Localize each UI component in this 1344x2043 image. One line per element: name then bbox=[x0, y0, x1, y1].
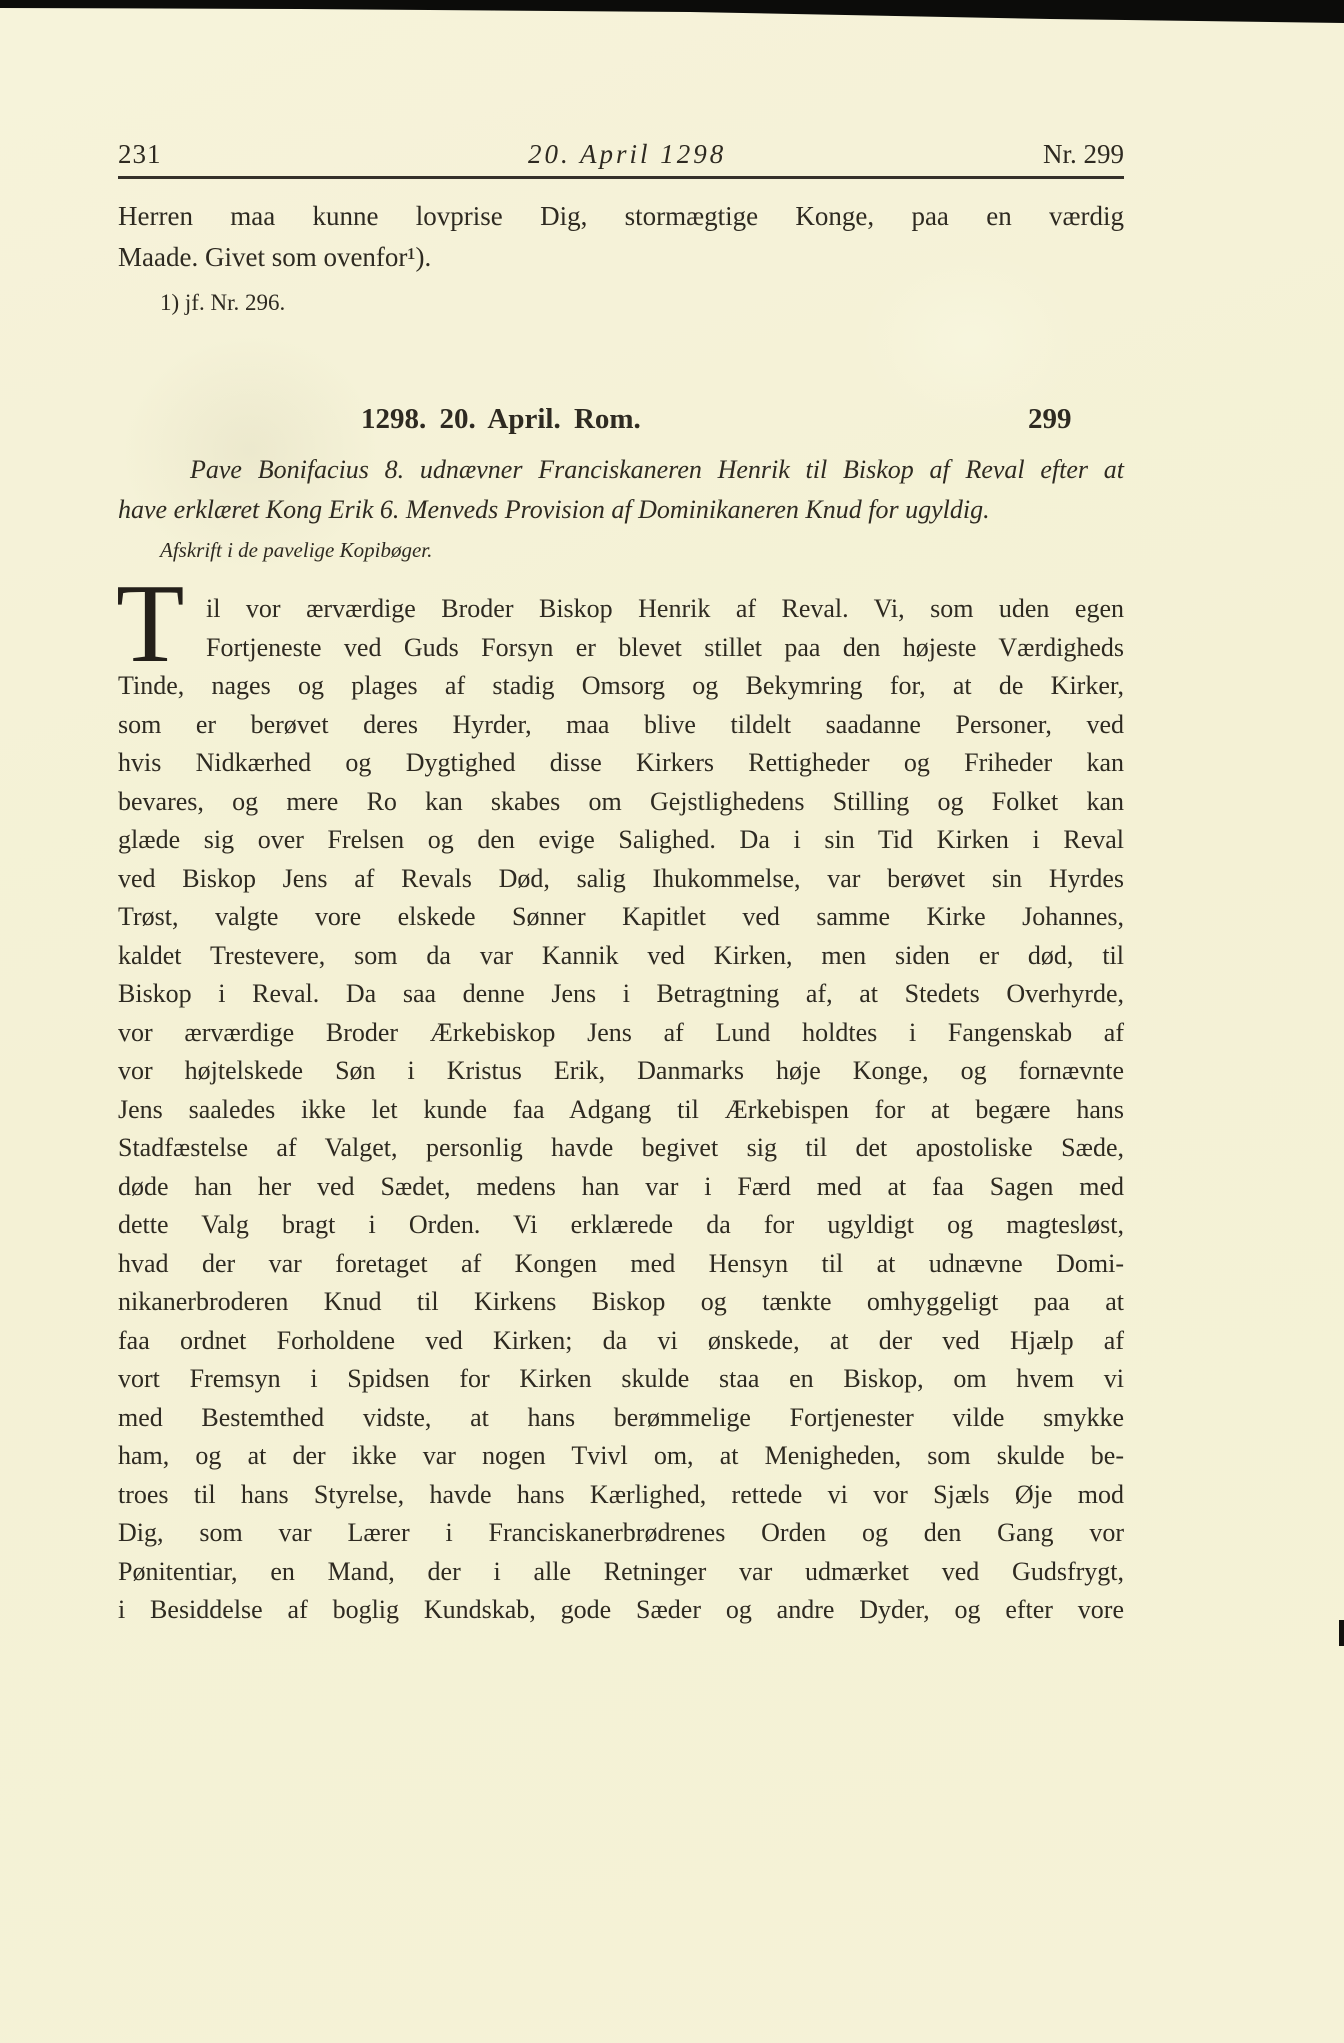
source-note: Afskrift i de pavelige Kopibøger. bbox=[160, 538, 432, 563]
drop-cap: T bbox=[116, 584, 184, 664]
body-line: som er berøvet deres Hyrder, maa blive t… bbox=[118, 706, 1124, 745]
body-line: dette Valg bragt i Orden. Vi erklærede d… bbox=[118, 1206, 1124, 1245]
body-line: Jens saaledes ikke let kunde faa Adgang … bbox=[118, 1091, 1124, 1130]
body-line: troes til hans Styrelse, havde hans Kærl… bbox=[118, 1476, 1124, 1515]
document-number-label: Nr. 299 bbox=[1043, 139, 1124, 170]
body-line: kaldet Trestevere, som da var Kannik ved… bbox=[118, 937, 1124, 976]
body-line: faa ordnet Forholdene ved Kirken; da vi … bbox=[118, 1322, 1124, 1361]
body-line: vor ærværdige Broder Ærkebiskop Jens af … bbox=[118, 1014, 1124, 1053]
body-line: Trøst, valgte vore elskede Sønner Kapitl… bbox=[118, 898, 1124, 937]
body-line: hvad der var foretaget af Kongen med Hen… bbox=[118, 1245, 1124, 1284]
page-number: 231 bbox=[118, 139, 162, 170]
body-line: Dig, som var Lærer i Franciskanerbrødren… bbox=[118, 1514, 1124, 1553]
entry-number: 299 bbox=[1028, 403, 1072, 436]
book-page-scan: 231 20. April 1298 Nr. 299 Herren maa ku… bbox=[0, 0, 1344, 2043]
body-line: Pønitentiar, en Mand, der i alle Retning… bbox=[118, 1553, 1124, 1592]
header-rule bbox=[118, 176, 1124, 179]
summary-line: Pave Bonifacius 8. udnævner Franciskaner… bbox=[118, 450, 1124, 490]
body-line: i Besiddelse af boglig Kundskab, gode Sæ… bbox=[118, 1591, 1124, 1630]
body-line: glæde sig over Frelsen og den evige Sali… bbox=[118, 821, 1124, 860]
body-line: bevares, og mere Ro kan skabes om Gejstl… bbox=[118, 783, 1124, 822]
body-line: Biskop i Reval. Da saa denne Jens i Betr… bbox=[118, 975, 1124, 1014]
body-line: ham, og at der ikke var nogen Tvivl om, … bbox=[118, 1437, 1124, 1476]
entry-summary: Pave Bonifacius 8. udnævner Franciskaner… bbox=[118, 450, 1124, 530]
body-line: ved Biskop Jens af Revals Død, salig Ihu… bbox=[118, 860, 1124, 899]
body-line: nikanerbroderen Knud til Kirkens Biskop … bbox=[118, 1283, 1124, 1322]
body-line: Fortjeneste ved Guds Forsyn er blevet st… bbox=[206, 629, 1124, 668]
intro-line: Maade. Givet som ovenfor¹). bbox=[118, 237, 1124, 278]
body-line: vor højtelskede Søn i Kristus Erik, Danm… bbox=[118, 1052, 1124, 1091]
scan-edge-artifact bbox=[1339, 1620, 1344, 1646]
intro-line: Herren maa kunne lovprise Dig, stormægti… bbox=[118, 196, 1124, 237]
body-text: T il vor ærværdige Broder Biskop Henrik … bbox=[118, 590, 1124, 1630]
entry-heading: 1298. 20. April. Rom. 299 bbox=[118, 400, 1124, 436]
footnote: 1) jf. Nr. 296. bbox=[160, 290, 285, 316]
body-line: vort Fremsyn i Spidsen for Kirken skulde… bbox=[118, 1360, 1124, 1399]
body-line: døde han her ved Sædet, medens han var i… bbox=[118, 1168, 1124, 1207]
running-title: 20. April 1298 bbox=[528, 139, 726, 170]
running-head: 231 20. April 1298 Nr. 299 bbox=[118, 130, 1124, 170]
entry-date-heading: 1298. 20. April. Rom. bbox=[361, 403, 641, 436]
body-line: med Bestemthed vidste, at hans berømmeli… bbox=[118, 1399, 1124, 1438]
intro-paragraph: Herren maa kunne lovprise Dig, stormægti… bbox=[118, 196, 1124, 278]
body-line: Tinde, nages og plages af stadig Omsorg … bbox=[118, 667, 1124, 706]
scan-edge-band bbox=[0, 0, 1344, 26]
body-line: Stadfæstelse af Valget, personlig havde … bbox=[118, 1129, 1124, 1168]
body-line: hvis Nidkærhed og Dygtighed disse Kirker… bbox=[118, 744, 1124, 783]
summary-line: have erklæret Kong Erik 6. Menveds Provi… bbox=[118, 490, 1124, 530]
body-line: il vor ærværdige Broder Biskop Henrik af… bbox=[206, 590, 1124, 629]
